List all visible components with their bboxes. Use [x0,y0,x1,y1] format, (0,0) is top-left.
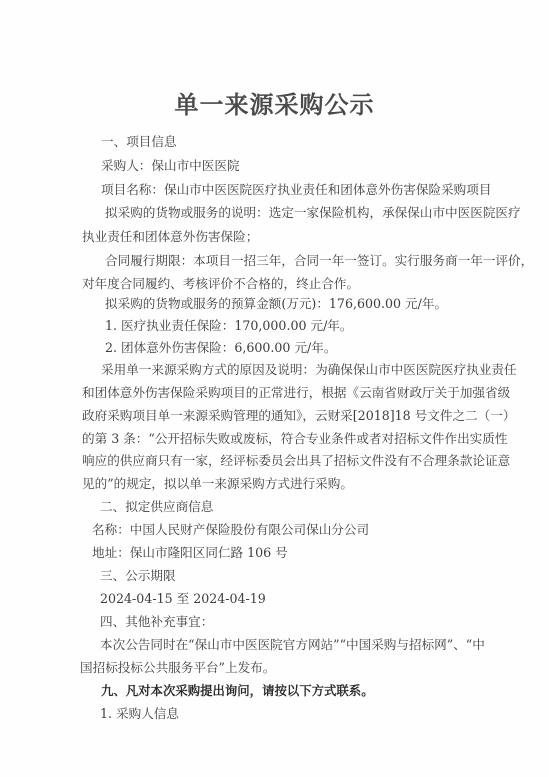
supplier-address: 地址：保山市隆阳区同仁路 106 号 [92,545,288,561]
reason-line: 政府采购项目单一来源采购管理的通知》，云财采[2018]18 号文件之二（一） [82,408,515,424]
reason-line: 响应的供应商只有一家，经评标委员会出具了招标文件没有不合理条款论证意 [82,453,510,469]
page-title: 单一来源采购公示 [0,91,549,119]
description-line: 执业责任和团体意外伤害保险； [82,229,258,245]
reason-line: 采用单一来源采购方式的原因及说明：为确保保山市中医医院医疗执业责任 [101,362,517,378]
reason-line: 见的”的规定，拟以单一来源采购方式进行采购。 [82,476,353,492]
section2-heading: 二、拟定供应商信息 [100,499,213,515]
section4-line: 国招标投标公共服务平台”上发布。 [80,660,275,676]
publicity-period: 2024-04-15 至 2024-04-19 [100,591,266,607]
contract-line: 合同履行期限：本项目一招三年，合同一年一签订。实行服务商一年一评价， [105,253,533,269]
supplier-name: 名称：中国人民财产保险股份有限公司保山分公司 [92,522,369,538]
reason-line: 和团体意外伤害保险采购项目的正常进行，根据《云南省财政厅关于加强省级 [82,385,510,401]
document-page: 单一来源采购公示 一、项目信息 采购人：保山市中医医院 项目名称：保山市中医医院… [0,0,549,777]
section4-line: 本次公告同时在“保山市中医医院官方网站”“中国采购与招标网”、“中 [100,637,485,653]
purchaser-text: 采购人：保山市中医医院 [101,158,240,174]
budget-item: 2. 团体意外伤害保险：6,600.00 元/年。 [105,340,336,356]
budget-text: 拟采购的货物或服务的预算金额(万元)：176,600.00 元/年。 [105,296,447,312]
budget-item: 1. 医疗执业责任保险：170,000.00 元/年。 [105,318,353,334]
section3-heading: 三、公示期限 [100,568,176,584]
reason-line: 的第 3 条：“公开招标失败或废标，符合专业条件或者对招标文件作出实质性 [82,431,507,447]
project-name-text: 项目名称：保山市中医医院医疗执业责任和团体意外伤害保险采购项目 [101,182,491,198]
contract-line: 对年度合同履约、考核评价不合格的，终止合作。 [82,276,359,292]
section9-item1: 1. 采购人信息 [100,706,179,722]
section4-heading: 四、其他补充事宜： [100,614,213,630]
description-line: 拟采购的货物或服务的说明：选定一家保险机构，承保保山市中医医院医疗 [105,205,521,221]
section9-heading: 九、凡对本次采购提出询问，请按以下方式联系。 [101,683,374,699]
section1-heading: 一、项目信息 [101,134,177,150]
